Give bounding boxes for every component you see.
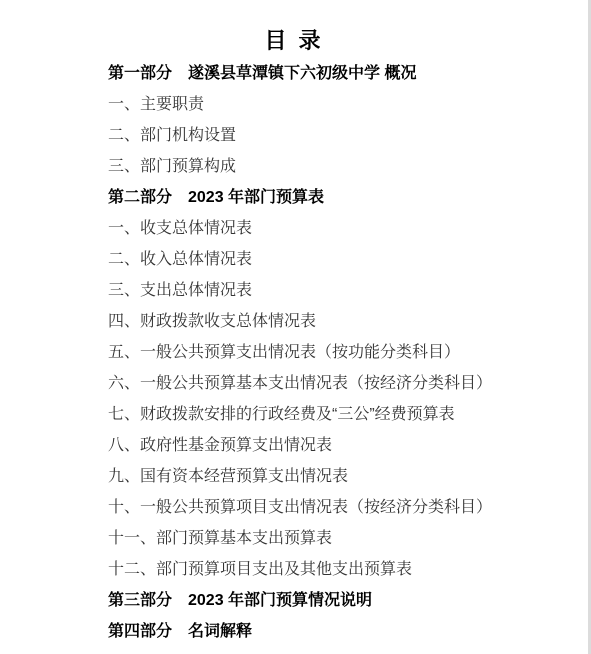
toc-item: 三、部门预算构成 [108, 151, 580, 182]
toc-part-heading: 第三部分 2023 年部门预算情况说明 [108, 585, 580, 616]
toc-item: 八、政府性基金预算支出情况表 [108, 430, 580, 461]
toc-item: 四、财政拨款收支总体情况表 [108, 306, 580, 337]
document-page: 目 录 第一部分 遂溪县草潭镇下六初级中学 概况一、主要职责二、部门机构设置三、… [0, 0, 591, 654]
toc-item: 三、支出总体情况表 [108, 275, 580, 306]
toc-item: 九、国有资本经营预算支出情况表 [108, 461, 580, 492]
toc-item: 二、部门机构设置 [108, 120, 580, 151]
toc-part-heading: 第一部分 遂溪县草潭镇下六初级中学 概况 [108, 58, 580, 89]
toc-item: 六、一般公共预算基本支出情况表（按经济分类科目） [108, 368, 580, 399]
toc-item: 十、一般公共预算项目支出情况表（按经济分类科目） [108, 492, 580, 523]
toc-part-heading: 第四部分 名词解释 [108, 616, 580, 647]
toc-part-heading: 第二部分 2023 年部门预算表 [108, 182, 580, 213]
toc-item: 二、收入总体情况表 [108, 244, 580, 275]
toc-item: 一、主要职责 [108, 89, 580, 120]
toc-item: 一、收支总体情况表 [108, 213, 580, 244]
toc-item: 十二、部门预算项目支出及其他支出预算表 [108, 554, 580, 585]
table-of-contents: 第一部分 遂溪县草潭镇下六初级中学 概况一、主要职责二、部门机构设置三、部门预算… [108, 58, 580, 647]
toc-item: 十一、部门预算基本支出预算表 [108, 523, 580, 554]
toc-item: 七、财政拨款安排的行政经费及“三公”经费预算表 [108, 399, 580, 430]
toc-item: 五、一般公共预算支出情况表（按功能分类科目） [108, 337, 580, 368]
page-title: 目 录 [0, 24, 588, 55]
